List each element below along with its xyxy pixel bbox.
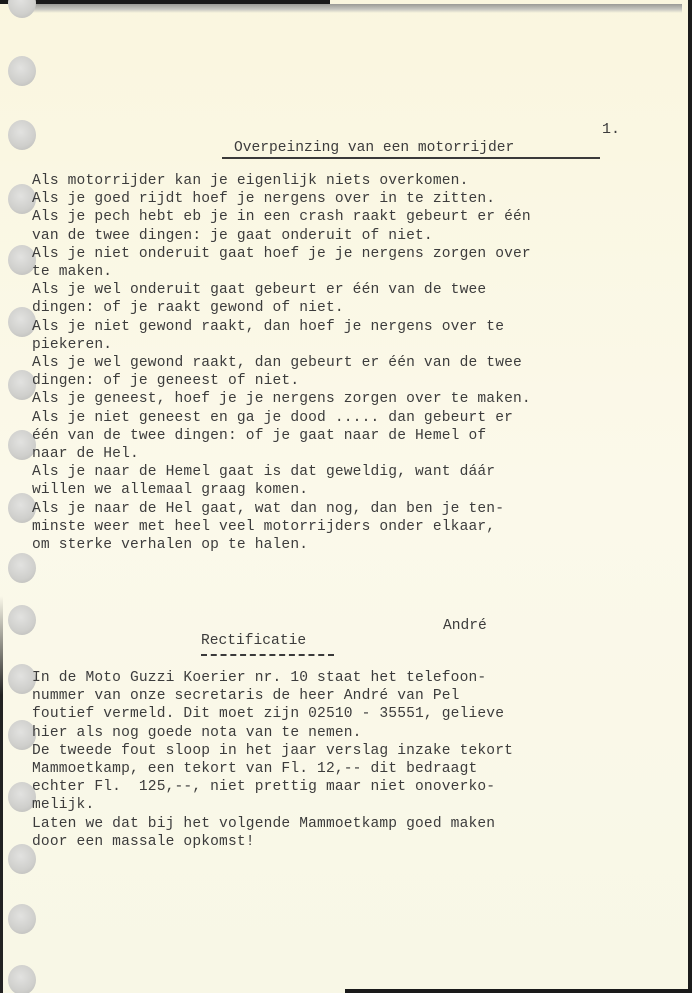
article-title: Overpeinzing van een motorrijder [234, 140, 514, 156]
text-line: te maken. [32, 263, 531, 281]
text-line: van de twee dingen: je gaat onderuit of … [32, 227, 531, 245]
text-line: minste weer met heel veel motorrijders o… [32, 518, 531, 536]
title-underline [222, 157, 600, 159]
text-line: De tweede fout sloop in het jaar verslag… [32, 742, 513, 760]
punch-hole-icon [8, 605, 36, 635]
text-line: Mammoetkamp, een tekort van Fl. 12,-- di… [32, 760, 513, 778]
text-line: foutief vermeld. Dit moet zijn 02510 - 3… [32, 705, 513, 723]
text-line: In de Moto Guzzi Koerier nr. 10 staat he… [32, 669, 513, 687]
section-title: Rectificatie [201, 633, 306, 649]
section-title-underline [201, 654, 334, 656]
text-line: hier als nog goede nota van te nemen. [32, 724, 513, 742]
punch-hole-icon [8, 904, 36, 934]
paper-top-edge-shadow [20, 4, 682, 13]
text-line: dingen: of je raakt gewond of niet. [32, 299, 531, 317]
punch-hole-icon [8, 553, 36, 583]
punch-hole-icon [8, 0, 36, 18]
text-line: Als je goed rijdt hoef je nergens over i… [32, 190, 531, 208]
scan-border-bottom [345, 989, 692, 993]
text-line: dingen: of je geneest of niet. [32, 372, 531, 390]
article-body: Als motorrijder kan je eigenlijk niets o… [32, 172, 531, 554]
text-line: Als je geneest, hoef je je nergens zorge… [32, 390, 531, 408]
text-line: één van de twee dingen: of je gaat naar … [32, 427, 531, 445]
punch-hole-icon [8, 965, 36, 993]
text-line: naar de Hel. [32, 445, 531, 463]
text-line: willen we allemaal graag komen. [32, 481, 531, 499]
text-line: Als je niet gewond raakt, dan hoef je ne… [32, 318, 531, 336]
text-line: Als je pech hebt eb je in een crash raak… [32, 208, 531, 226]
text-line: Laten we dat bij het volgende Mammoetkam… [32, 815, 513, 833]
text-line: om sterke verhalen op te halen. [32, 536, 531, 554]
text-line: Als motorrijder kan je eigenlijk niets o… [32, 172, 531, 190]
typewritten-page: 1. Overpeinzing van een motorrijder Als … [0, 0, 692, 993]
text-line: Als je wel onderuit gaat gebeurt er één … [32, 281, 531, 299]
text-line: Als je naar de Hemel gaat is dat geweldi… [32, 463, 531, 481]
author-signature: André [443, 618, 487, 634]
text-line: echter Fl. 125,--, niet prettig maar nie… [32, 778, 513, 796]
text-line: door een massale opkomst! [32, 833, 513, 851]
text-line: Als je wel gewond raakt, dan gebeurt er … [32, 354, 531, 372]
text-line: melijk. [32, 796, 513, 814]
page-number: 1. [602, 121, 620, 138]
text-line: piekeren. [32, 336, 531, 354]
text-line: Als je naar de Hel gaat, wat dan nog, da… [32, 500, 531, 518]
text-line: Als je niet onderuit gaat hoef je je ner… [32, 245, 531, 263]
text-line: Als je niet geneest en ga je dood ..... … [32, 409, 531, 427]
rectification-body: In de Moto Guzzi Koerier nr. 10 staat he… [32, 669, 513, 851]
scan-border-right [688, 0, 692, 993]
text-line: nummer van onze secretaris de heer André… [32, 687, 513, 705]
scan-border-left [0, 0, 3, 993]
punch-hole-icon [8, 120, 36, 150]
punch-hole-icon [8, 56, 36, 86]
